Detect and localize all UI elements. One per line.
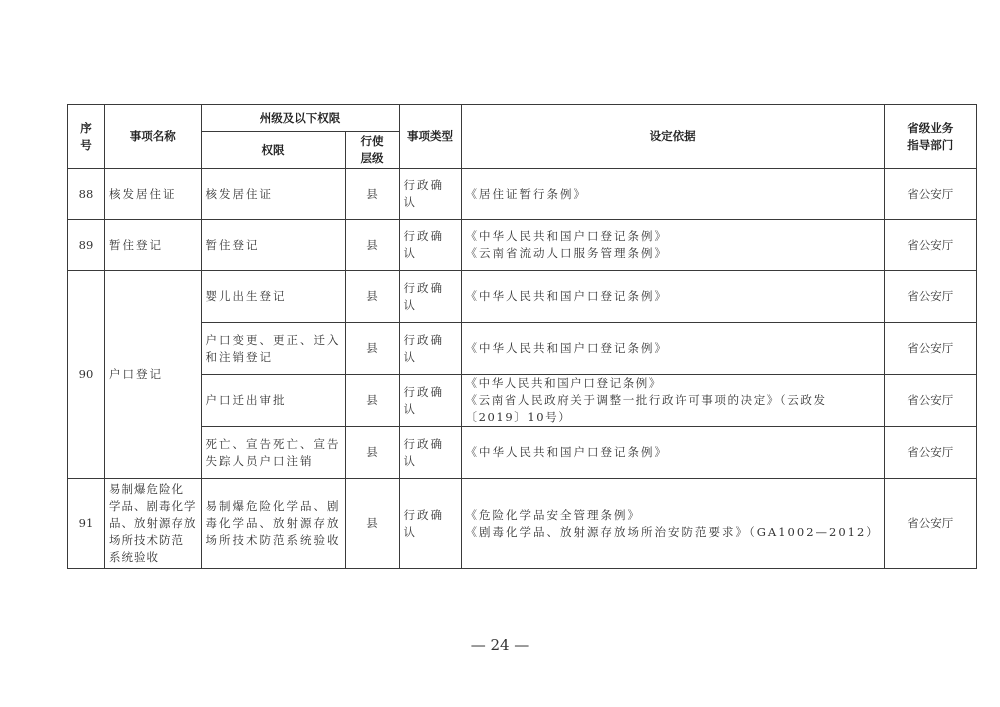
- basis-cell: 《居住证暂行条例》: [461, 169, 884, 220]
- item-name-cell: 易制爆危险化 学品、剧毒化学 品、放射源存放 场所技术防范 系统验收: [105, 479, 202, 569]
- dept-cell: 省公安厅: [884, 427, 976, 479]
- type-cell: 行政确认: [399, 427, 461, 479]
- header-level: 行使 层级: [345, 132, 399, 169]
- level-cell: 县: [345, 271, 399, 323]
- authority-cell: 户口迁出审批: [201, 375, 345, 427]
- authority-cell: 死亡、宣告死亡、宣告 失踪人员户口注销: [201, 427, 345, 479]
- type-cell: 行政确认: [399, 323, 461, 375]
- type-cell: 行政确认: [399, 220, 461, 271]
- page-number: — 24 —: [0, 636, 1000, 654]
- table-subrow: 户口变更、更正、迁入 和注销登记 县 行政确认 《中华人民共和国户口登记条例》 …: [68, 323, 977, 375]
- table-row: 89 暂住登记 暂住登记 县 行政确认 《中华人民共和国户口登记条例》 《云南省…: [68, 220, 977, 271]
- table-subrow: 户口迁出审批 县 行政确认 《中华人民共和国户口登记条例》 《云南省人民政府关于…: [68, 375, 977, 427]
- item-name-cell: 核发居住证: [105, 169, 202, 220]
- document-page: 序 号 事项名称 州级及以下权限 事项类型 设定依据 省级业务 指导部门 权限 …: [0, 0, 1000, 707]
- type-cell: 行政确认: [399, 375, 461, 427]
- header-authority: 权限: [201, 132, 345, 169]
- authority-cell: 核发居住证: [201, 169, 345, 220]
- level-cell: 县: [345, 375, 399, 427]
- authority-table: 序 号 事项名称 州级及以下权限 事项类型 设定依据 省级业务 指导部门 权限 …: [67, 104, 977, 569]
- dept-cell: 省公安厅: [884, 479, 976, 569]
- header-authority-group: 州级及以下权限: [201, 105, 399, 132]
- level-cell: 县: [345, 479, 399, 569]
- table-row: 91 易制爆危险化 学品、剧毒化学 品、放射源存放 场所技术防范 系统验收 易制…: [68, 479, 977, 569]
- authority-cell: 易制爆危险化学品、剧 毒化学品、放射源存放 场所技术防范系统验收: [201, 479, 345, 569]
- item-name-cell: 暂住登记: [105, 220, 202, 271]
- header-seq: 序 号: [68, 105, 105, 169]
- dept-cell: 省公安厅: [884, 169, 976, 220]
- table-subrow: 死亡、宣告死亡、宣告 失踪人员户口注销 县 行政确认 《中华人民共和国户口登记条…: [68, 427, 977, 479]
- dept-cell: 省公安厅: [884, 220, 976, 271]
- authority-cell: 暂住登记: [201, 220, 345, 271]
- header-basis: 设定依据: [461, 105, 884, 169]
- seq-cell: 88: [68, 169, 105, 220]
- basis-cell: 《中华人民共和国户口登记条例》 《云南省流动人口服务管理条例》: [461, 220, 884, 271]
- header-item-type: 事项类型: [399, 105, 461, 169]
- type-cell: 行政确认: [399, 479, 461, 569]
- basis-cell: 《中华人民共和国户口登记条例》: [461, 427, 884, 479]
- seq-cell: 91: [68, 479, 105, 569]
- level-cell: 县: [345, 220, 399, 271]
- table-row: 90 户口登记 婴儿出生登记 县 行政确认 《中华人民共和国户口登记条例》 省公…: [68, 271, 977, 323]
- type-cell: 行政确认: [399, 169, 461, 220]
- basis-cell: 《危险化学品安全管理条例》 《剧毒化学品、放射源存放场所治安防范要求》（GA10…: [461, 479, 884, 569]
- header-dept: 省级业务 指导部门: [884, 105, 976, 169]
- header-item-name: 事项名称: [105, 105, 202, 169]
- type-cell: 行政确认: [399, 271, 461, 323]
- basis-cell: 《中华人民共和国户口登记条例》: [461, 271, 884, 323]
- authority-cell: 户口变更、更正、迁入 和注销登记: [201, 323, 345, 375]
- level-cell: 县: [345, 323, 399, 375]
- dept-cell: 省公安厅: [884, 375, 976, 427]
- authority-cell: 婴儿出生登记: [201, 271, 345, 323]
- level-cell: 县: [345, 427, 399, 479]
- item-name-cell: 户口登记: [105, 271, 202, 479]
- dept-cell: 省公安厅: [884, 271, 976, 323]
- seq-cell: 89: [68, 220, 105, 271]
- basis-cell: 《中华人民共和国户口登记条例》 《云南省人民政府关于调整一批行政许可事项的决定》…: [461, 375, 884, 427]
- table-row: 88 核发居住证 核发居住证 县 行政确认 《居住证暂行条例》 省公安厅: [68, 169, 977, 220]
- seq-cell: 90: [68, 271, 105, 479]
- basis-cell: 《中华人民共和国户口登记条例》: [461, 323, 884, 375]
- level-cell: 县: [345, 169, 399, 220]
- dept-cell: 省公安厅: [884, 323, 976, 375]
